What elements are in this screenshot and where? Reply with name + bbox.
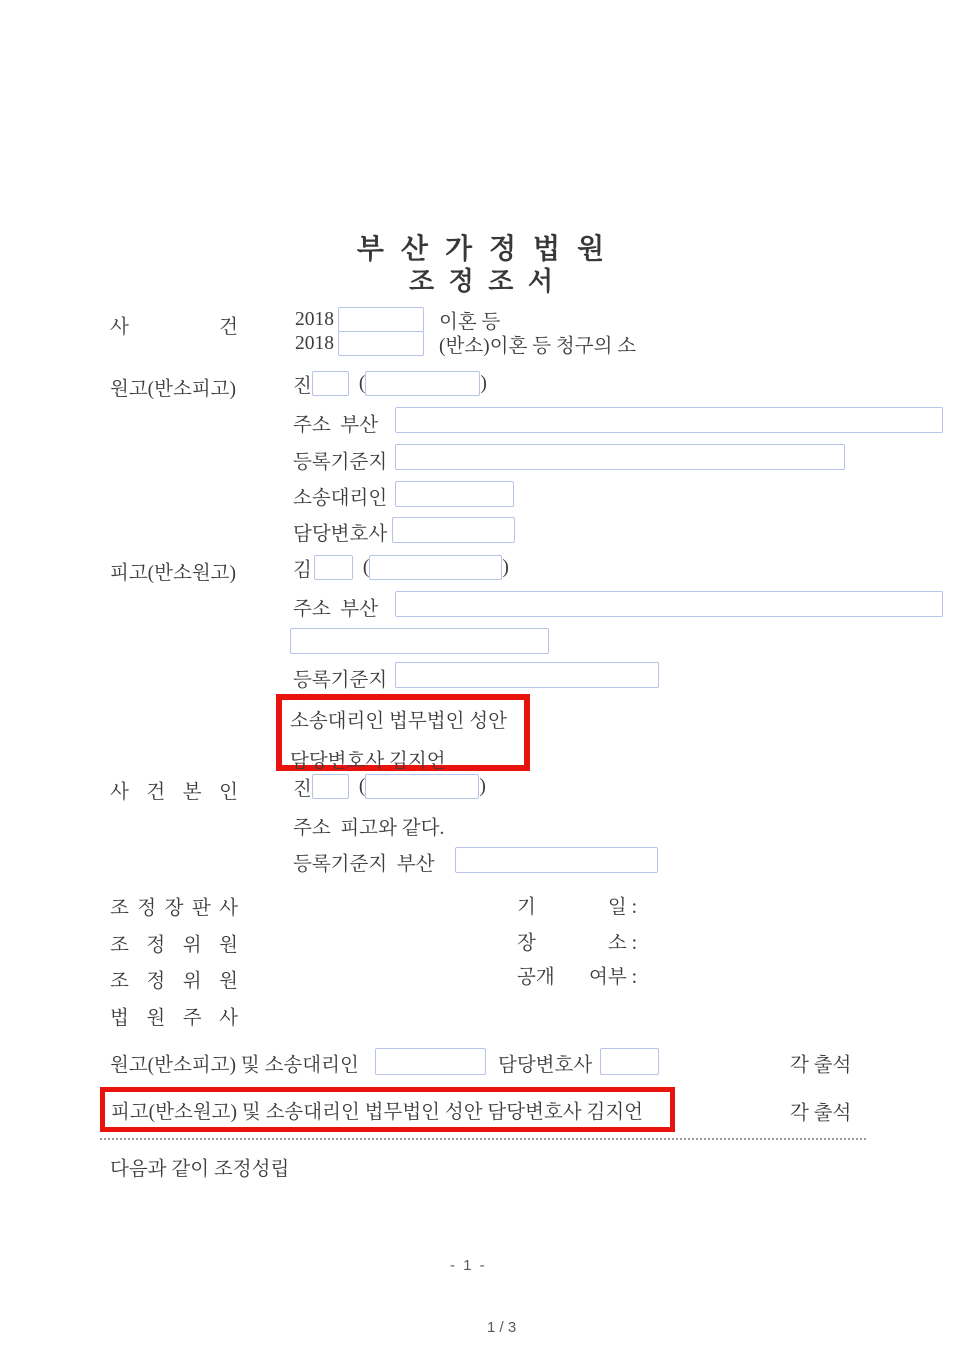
plaintiff-registration-label: 등록기준지: [293, 446, 387, 474]
redacted-subject-name: [312, 774, 349, 799]
attendance1-prefix: 원고(반소피고) 및 소송대리인: [110, 1049, 359, 1077]
defendant-counsel-line: 소송대리인 법무법인 성안: [290, 705, 524, 733]
redacted-defendant-name: [314, 555, 353, 580]
plaintiff-attorney-label: 담당변호사: [293, 518, 387, 546]
paren-close: ): [502, 557, 509, 579]
subject-address-line: 주소 피고와 같다.: [293, 812, 444, 840]
attendance1-status: 각 출석: [790, 1049, 851, 1077]
closing-statement: 다음과 같이 조정성립: [110, 1153, 289, 1181]
redacted-attendance1-counsel: [375, 1048, 486, 1075]
redacted-plaintiff-attorney: [392, 517, 515, 543]
redacted-subject-id: [365, 774, 479, 799]
redacted-defendant-address-2: [290, 628, 549, 654]
session-date-label-a: 기: [517, 891, 536, 919]
plaintiff-surname: 진: [293, 370, 312, 398]
page-number: - 1 -: [450, 1257, 487, 1274]
plaintiff-name-row: 진 ( ): [293, 370, 487, 397]
attendance2-text: 피고(반소원고) 및 소송대리인 법무법인 성안 담당변호사 김지언: [111, 1096, 643, 1124]
paren-close: ): [479, 776, 486, 798]
defendant-attorney-line: 담당변호사 김지언: [290, 745, 524, 773]
dotted-separator: [100, 1138, 866, 1140]
redacted-defendant-registration: [395, 662, 659, 688]
session-date-label-b: 일 :: [608, 891, 637, 919]
plaintiff-address-label: 주소 부산: [293, 409, 378, 437]
redacted-plaintiff-id: [365, 371, 480, 396]
defendant-surname: 김: [293, 554, 312, 582]
subject-surname: 진: [293, 773, 312, 801]
subject-name-row: 진 ( ): [293, 773, 486, 800]
case-label: 사 건: [110, 311, 238, 339]
case-desc-2: (반소)이혼 등 청구의 소: [439, 330, 636, 358]
session-place-row: 장 소 :: [517, 927, 637, 955]
redacted-attendance1-attorney: [600, 1048, 659, 1075]
plaintiff-counsel-label: 소송대리인: [293, 482, 387, 510]
redacted-defendant-address: [395, 591, 943, 617]
redacted-case-number-2: [338, 331, 424, 356]
official-presiding-judge: 조 정 장 판 사: [110, 892, 238, 920]
plaintiff-label: 원고(반소피고): [110, 373, 236, 401]
highlight-box-attendance: 피고(반소원고) 및 소송대리인 법무법인 성안 담당변호사 김지언: [100, 1087, 675, 1132]
case-year-1: 2018: [295, 309, 334, 331]
official-court-clerk: 법 원 주 사: [110, 1002, 238, 1030]
case-line-2: 2018 (반소)이혼 등 청구의 소: [295, 330, 636, 357]
defendant-name-row: 김 ( ): [293, 554, 509, 581]
official-mediator-1: 조 정 위 원: [110, 929, 238, 957]
session-date-row: 기 일 :: [517, 891, 637, 919]
redacted-case-number-1: [338, 307, 424, 332]
defendant-address-label: 주소 부산: [293, 593, 378, 621]
session-public-label-a: 공개: [517, 961, 555, 989]
attendance2-status: 각 출석: [790, 1097, 851, 1125]
session-place-label-b: 소 :: [608, 927, 637, 955]
redacted-defendant-id: [369, 555, 502, 580]
highlight-box-defendant-counsel: 소송대리인 법무법인 성안 담당변호사 김지언: [276, 694, 530, 771]
redacted-plaintiff-counsel: [395, 481, 514, 507]
scanned-court-document: 부 산 가 정 법 원 조 정 조 서 사 건 2018 이혼 등 2018 (…: [0, 0, 966, 1365]
defendant-registration-label: 등록기준지: [293, 664, 387, 692]
session-place-label-a: 장: [517, 927, 536, 955]
document-title: 조 정 조 서: [0, 261, 966, 298]
defendant-label: 피고(반소원고): [110, 557, 236, 585]
redacted-plaintiff-address: [395, 407, 943, 433]
redacted-plaintiff-registration: [395, 444, 845, 470]
session-public-row: 공개 여부 :: [517, 961, 637, 989]
paren-close: ): [480, 373, 487, 395]
attendance1-attorney-label: 담당변호사: [498, 1049, 592, 1077]
case-year-2: 2018: [295, 333, 334, 355]
subject-registration-label: 등록기준지 부산: [293, 848, 435, 876]
redacted-plaintiff-name: [312, 371, 349, 396]
subject-label: 사 건 본 인: [110, 776, 238, 804]
redacted-subject-registration: [455, 847, 658, 873]
session-public-label-b: 여부 :: [589, 961, 637, 989]
official-mediator-2: 조 정 위 원: [110, 965, 238, 993]
page-indicator: 1 / 3: [487, 1319, 516, 1336]
